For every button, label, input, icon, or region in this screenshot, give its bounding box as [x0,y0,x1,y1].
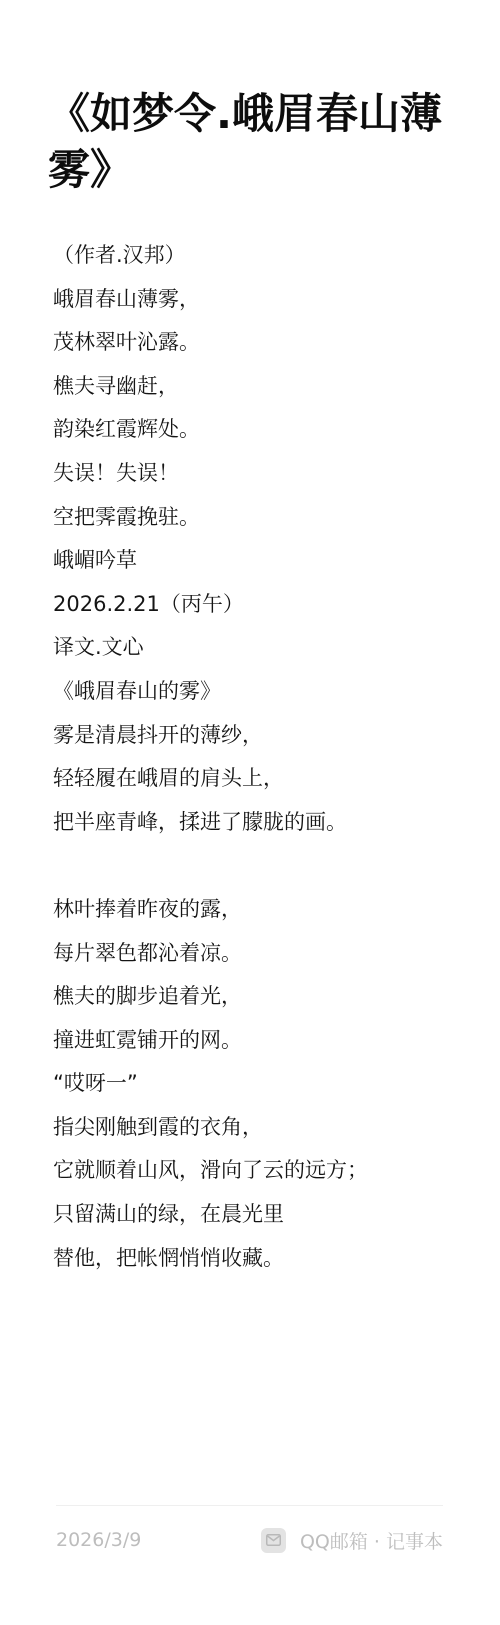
footer-date: 2026/3/9 [56,1529,141,1551]
translation-line: 替他，把帐惘悄悄收藏。 [53,1237,483,1281]
author-line: （作者.汉邦） [53,234,483,278]
footer: 2026/3/9 QQ邮箱 · 记事本 [56,1525,443,1555]
translation-line: 把半座青峰，揉进了朦胧的画。 [53,801,483,845]
note-title: 《如梦令.峨眉春山薄雾》 [48,86,468,198]
date-line: 2026.2.21（丙午） [53,583,483,627]
translation-line: 每片翠色都沁着凉。 [53,932,483,976]
translation-line: 它就顺着山风，滑向了云的远方； [53,1149,483,1193]
poem-line: 韵染红霞辉处。 [53,408,483,452]
footer-source: QQ邮箱 · 记事本 [261,1527,443,1554]
poem-line: 空把霁霞挽驻。 [53,496,483,540]
translation-line: 撞进虹霓铺开的网。 [53,1019,483,1063]
translation-line: 雾是清晨抖开的薄纱， [53,714,483,758]
note-body: （作者.汉邦） 峨眉春山薄雾， 茂林翠叶沁露。 樵夫寻幽赶， 韵染红霞辉处。 失… [53,234,483,1280]
translation-title: 《峨眉春山的雾》 [53,670,483,714]
translation-line: 林叶捧着昨夜的露， [53,888,483,932]
footer-source-label: QQ邮箱 · 记事本 [300,1527,443,1554]
poem-line: 峨眉春山薄雾， [53,278,483,322]
note-page: 《如梦令.峨眉春山薄雾》 （作者.汉邦） 峨眉春山薄雾， 茂林翠叶沁露。 樵夫寻… [0,0,500,1625]
signature-line: 峨嵋吟草 [53,539,483,583]
translation-line: 指尖刚触到霞的衣角， [53,1106,483,1150]
translation-line: 轻轻履在峨眉的肩头上， [53,757,483,801]
poem-line: 樵夫寻幽赶， [53,365,483,409]
translation-line: 樵夫的脚步追着光， [53,975,483,1019]
poem-line: 失误！失误！ [53,452,483,496]
translation-credit: 译文.文心 [53,626,483,670]
poem-line: 茂林翠叶沁露。 [53,321,483,365]
translation-line: 只留满山的绿，在晨光里 [53,1193,483,1237]
translation-line: “哎呀一” [53,1062,483,1106]
footer-divider [56,1505,443,1506]
blank-line [53,844,483,888]
mail-icon [261,1528,286,1553]
